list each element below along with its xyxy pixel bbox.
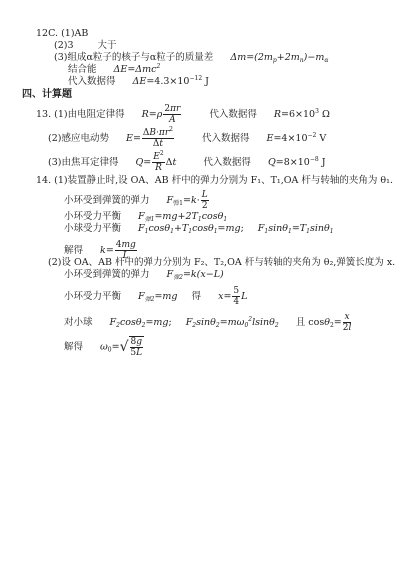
q12c-answer-1: (1)AB <box>61 28 88 39</box>
binding-energy-result: ΔE=4.3×10−12 J <box>133 76 209 87</box>
emf-result: E=4×10−2 V <box>267 133 327 144</box>
q12c-part1: 12C. (1)AB <box>36 28 88 40</box>
substitute-label: 代入数据得 <box>68 76 116 87</box>
step-label: 小球受力平衡 <box>64 223 121 234</box>
q12c-binding: 结合能 ΔE=Δmc2 <box>68 64 160 76</box>
q14-p2-line1: 小环受到弹簧的弹力 F弹2=k(x−L) <box>64 269 224 281</box>
step-label: 小环受到弹簧的弹力 <box>64 195 150 206</box>
q14-label: 14. <box>36 175 51 186</box>
fraction: 2πrA <box>163 104 181 125</box>
q14-p2-line2: 小环受力平衡 F弹2=mg得 x=54L <box>64 286 247 307</box>
substitute-label: 代入数据得 <box>203 157 251 168</box>
answer-page: 12C. (1)AB (2)3大于 (3)组成α粒子的核子与α粒子的质量差 Δm… <box>0 0 400 583</box>
step-label: 且 <box>296 317 306 328</box>
fraction: x2l <box>343 312 352 333</box>
q12c-answer-2-num: (2)3 <box>54 40 74 51</box>
q12c-answer-2-word: 大于 <box>98 40 117 51</box>
step-label: 小环受力平衡 <box>64 211 121 222</box>
resistance-result: R=6×103 Ω <box>274 109 330 120</box>
fraction: ΔB·πr2Δt <box>142 128 174 149</box>
step-label: 得 <box>192 291 202 302</box>
heat-result: Q=8×10−8 J <box>268 157 326 168</box>
q12c-part3-text: (3)组成α粒子的核子与α粒子的质量差 <box>54 52 213 63</box>
q13-part1: 13. (1)由电阻定律得 R=ρ2πrA 代入数据得 R=6×103 Ω <box>36 104 330 125</box>
fraction: E2R <box>152 152 164 173</box>
q12c-substitution: 代入数据得 ΔE=4.3×10−12 J <box>68 76 209 88</box>
step-label: 小环受到弹簧的弹力 <box>64 269 150 280</box>
q13-part1-text: (1)由电阻定律得 <box>54 109 124 120</box>
q13-part3: (3)由焦耳定律得 Q=E2RΔt 代入数据得 Q=8×10−8 J <box>48 152 326 173</box>
q13-label: 13. <box>36 109 51 120</box>
q13-part3-text: (3)由焦耳定律得 <box>48 157 118 168</box>
substitute-label: 代入数据得 <box>209 109 257 120</box>
step-label: 对小球 <box>64 317 93 328</box>
q14-p2-line4: 解得 ω0=√8g5L <box>64 336 144 358</box>
mass-defect-eq: Δm=(2mp+2mn)−mα <box>230 52 328 63</box>
q12c-part2: (2)3大于 <box>54 40 117 52</box>
binding-energy-label: 结合能 <box>68 64 97 75</box>
q14-p1-line3: 小球受力平衡 F1cosθ1+T1cosθ1=mg;F1sinθ1=T1sinθ… <box>64 223 334 235</box>
section-title: 四、计算题 <box>22 89 72 101</box>
binding-energy-eq: ΔE=Δmc2 <box>114 64 161 75</box>
sqrt: √8g5L <box>120 336 144 358</box>
fraction: 54 <box>232 286 240 307</box>
step-label: 解得 <box>64 245 83 256</box>
step-label: 小环受力平衡 <box>64 291 121 302</box>
fraction: L2 <box>201 190 209 211</box>
q12c-part3: (3)组成α粒子的核子与α粒子的质量差 Δm=(2mp+2mn)−mα <box>54 52 328 64</box>
step-label: 解得 <box>64 342 83 353</box>
q14-p2-line3: 对小球 F2cosθ2=mg;F2sinθ2=mω02lsinθ2 且 cosθ… <box>64 312 352 333</box>
q14-part1-intro-text: (1)装置静止时,设 OA、AB 杆中的弹力分别为 F₁、T₁,OA 杆与转轴的… <box>54 175 393 186</box>
q14-p1-line1: 小环受到弹簧的弹力 F弹1=k·L2 <box>64 190 210 211</box>
q13-part2: (2)感应电动势 E=ΔB·πr2Δt 代入数据得 E=4×10−2 V <box>48 128 326 149</box>
substitute-label: 代入数据得 <box>202 133 250 144</box>
q14-p1-line2: 小环受力平衡 F弹1=mg+2T1cosθ1 <box>64 211 227 223</box>
q13-part2-text: (2)感应电动势 <box>48 133 109 144</box>
q12c-label: 12C. <box>36 28 58 39</box>
q14-part1-intro: 14. (1)装置静止时,设 OA、AB 杆中的弹力分别为 F₁、T₁,OA 杆… <box>36 175 393 187</box>
q14-part2-intro: (2)设 OA、AB 杆中的弹力分别为 F₂、T₂,OA 杆与转轴的夹角为 θ₂… <box>48 257 395 269</box>
